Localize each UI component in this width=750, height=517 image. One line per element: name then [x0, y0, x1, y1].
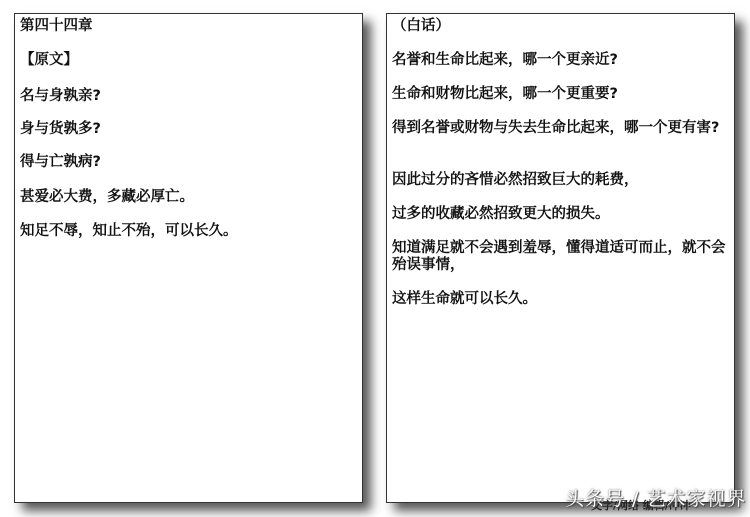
translation-panel: （白话） 名誉和生命比起来，哪一个更亲近? 生命和财物比起来，哪一个更重要? 得…	[386, 13, 735, 503]
original-section-label: 【原文】	[20, 52, 78, 69]
translation-paragraph: 名誉和生命比起来，哪一个更亲近?	[392, 52, 618, 69]
translation-paragraph: 得到名誉或财物与失去生命比起来，哪一个更有害?	[392, 120, 727, 137]
original-line: 甚爱必大费，多藏必厚亡。	[20, 189, 194, 206]
translation-paragraph: 生命和财物比起来，哪一个更重要?	[392, 86, 618, 103]
translation-paragraph: 过多的收藏必然招致更大的损失。	[392, 206, 610, 223]
original-line: 得与亡孰病?	[20, 154, 101, 171]
translation-section-label: （白话）	[392, 18, 450, 35]
original-line: 身与货孰多?	[20, 121, 101, 138]
original-line: 名与身孰亲?	[20, 88, 101, 105]
translation-paragraph: 因此过分的吝惜必然招致巨大的耗费，	[392, 172, 639, 189]
chapter-title: 第四十四章	[20, 18, 93, 35]
translation-paragraph: 知道满足就不会遇到羞辱，懂得道适可而止，就不会殆误事情，	[392, 240, 727, 274]
watermark: 头条号 / 艺术家视界	[565, 484, 746, 511]
original-line: 知足不辱，知止不殆，可以长久。	[20, 223, 238, 240]
translation-paragraph: 这样生命就可以长久。	[392, 291, 537, 308]
original-text-panel: 第四十四章 【原文】 名与身孰亲? 身与货孰多? 得与亡孰病? 甚爱必大费，多藏…	[14, 13, 363, 503]
